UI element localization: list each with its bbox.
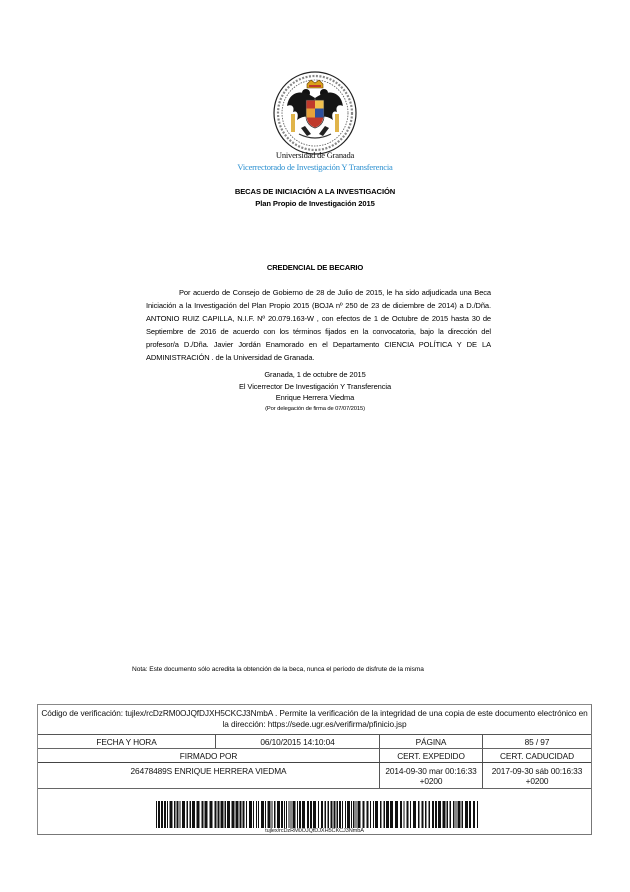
program-title: BECAS DE INICIACIÓN A LA INVESTIGACIÓN — [0, 187, 630, 196]
signature-block: Granada, 1 de octubre de 2015 El Vicerre… — [0, 369, 630, 415]
verification-code-text: Código de verificación: tujlex/rcDzRM0OJ… — [38, 705, 591, 734]
fecha-label: FECHA Y HORA — [38, 735, 215, 748]
pagina-label: PÁGINA — [379, 735, 482, 748]
barcode-text: tujlex/rcDzRM0OJQfDJXH5CKCJ3NmbA — [38, 828, 591, 834]
verification-table: Código de verificación: tujlex/rcDzRM0OJ… — [37, 704, 592, 835]
credential-body: Por acuerdo de Consejo de Gobierno de 28… — [146, 286, 491, 365]
fecha-value: 06/10/2015 14:10:04 — [215, 735, 379, 748]
cert-caducidad-value: 2017-09-30 sáb 00:16:33 +0200 — [482, 763, 591, 788]
cert-expedido-value: 2014-09-30 mar 00:16:33 +0200 — [379, 763, 482, 788]
document-title: CREDENCIAL DE BECARIO — [0, 263, 630, 272]
date-page-row: FECHA Y HORA 06/10/2015 14:10:04 PÁGINA … — [38, 735, 591, 749]
university-seal-icon — [271, 70, 359, 156]
footnote: Nota: Este documento sólo acredita la ob… — [132, 664, 492, 675]
signature-header-row: FIRMADO POR CERT. EXPEDIDO CERT. CADUCID… — [38, 749, 591, 763]
document-page: Universidad de Granada Vicerrectorado de… — [0, 0, 630, 892]
verification-code-row: Código de verificación: tujlex/rcDzRM0OJ… — [38, 705, 591, 735]
firmado-value: 26478489S ENRIQUE HERRERA VIEDMA — [38, 763, 379, 788]
pagina-value: 85 / 97 — [482, 735, 591, 748]
signer-name: Enrique Herrera Viedma — [0, 392, 630, 404]
signature-values-row: 26478489S ENRIQUE HERRERA VIEDMA 2014-09… — [38, 763, 591, 789]
vicerrectorado-name: Vicerrectorado de Investigación Y Transf… — [0, 162, 630, 172]
barcode-area: tujlex/rcDzRM0OJQfDJXH5CKCJ3NmbA — [38, 789, 591, 834]
signer-role: El Vicerrector De Investigación Y Transf… — [0, 381, 630, 393]
university-name: Universidad de Granada — [0, 150, 630, 160]
barcode-icon — [156, 801, 478, 828]
delegation-note: (Por delegación de firma de 07/07/2015) — [0, 404, 630, 416]
place-date: Granada, 1 de octubre de 2015 — [0, 369, 630, 381]
cert-caducidad-label: CERT. CADUCIDAD — [482, 749, 591, 762]
program-subtitle: Plan Propio de Investigación 2015 — [0, 199, 630, 208]
firmado-label: FIRMADO POR — [38, 749, 379, 762]
cert-expedido-label: CERT. EXPEDIDO — [379, 749, 482, 762]
